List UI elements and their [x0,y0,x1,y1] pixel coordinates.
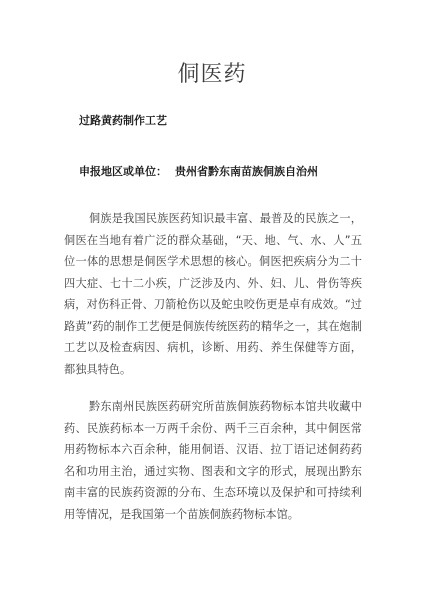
page-title: 侗医药 [0,60,424,90]
body-paragraph: 黔东南州民族医药研究所苗族侗族药物标本馆共收藏中药、民族药标本一万两千余份、两千… [64,396,362,525]
region-label: 申报地区或单位： [79,165,167,178]
body-paragraph: 侗族是我国民族医药知识最丰富、最普及的民族之一，侗医在当地有着广泛的群众基础，“… [64,208,362,380]
region-value: 贵州省黔东南苗族侗族自治州 [175,165,318,178]
region-line: 申报地区或单位：贵州省黔东南苗族侗族自治州 [79,164,318,180]
document-page: 侗医药 过路黄药制作工艺 申报地区或单位：贵州省黔东南苗族侗族自治州 侗族是我国… [0,0,424,600]
section-subtitle: 过路黄药制作工艺 [79,113,167,129]
